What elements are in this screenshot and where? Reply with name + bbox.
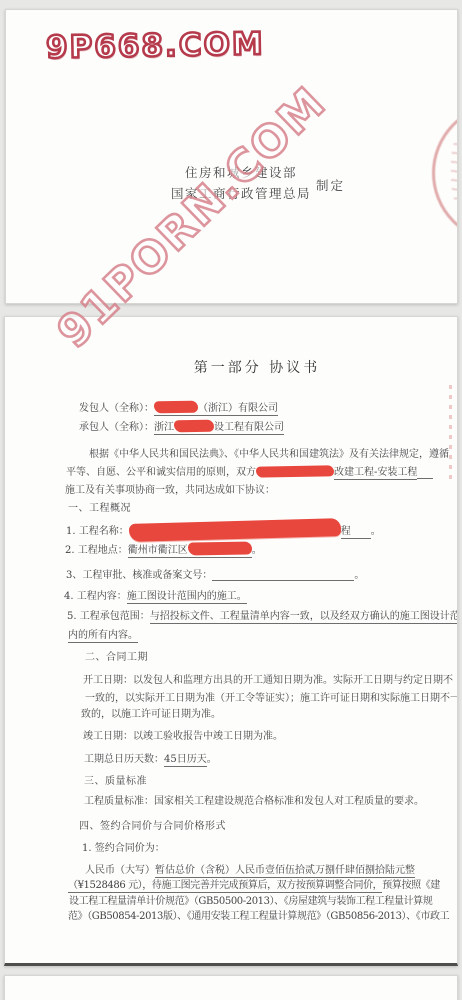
contractor-value-prefix: 浙江 <box>154 422 174 433</box>
issuer-block: 住房和城乡建设部 国家工商行政管理总局 <box>146 162 336 204</box>
page-1: 9P668.COM 住房和城乡建设部 国家工商行政管理总局 制定 <box>5 9 458 304</box>
contractor-line: 承包人（全称）：浙江设工程有限公司 <box>79 418 284 433</box>
period: 。 <box>252 545 262 556</box>
preamble-line-2-text: 平等、自愿、公平和诚实信用的原则，双方 <box>66 467 256 478</box>
section-2-heading: 二、合同工期 <box>85 648 148 663</box>
red-seal-icon <box>432 103 458 243</box>
project-name-tail: 程 <box>341 526 351 539</box>
page-3-edge <box>4 975 458 1000</box>
page-2: 第一部分 协议书 发包人（全称）：（浙江）有限公司 承包人（全称）：浙江设工程有… <box>4 316 458 966</box>
approval-number-label: 3、工程审批、核准或备案文号： <box>66 570 212 581</box>
contract-scope-line-2: 内的所有内容。 <box>68 626 138 641</box>
project-location-value: 衢州市衢江区 <box>128 545 188 556</box>
issuer-line-2: 国家工商行政管理总局 <box>146 183 336 204</box>
watermark-9p668: 9P668.COM <box>46 26 265 66</box>
approval-number-line: 3、工程审批、核准或备案文号：。 <box>66 566 364 581</box>
project-content-value: 施工图设计范围内的施工。 <box>127 591 247 604</box>
project-content-label: 4. 工程内容： <box>64 591 127 602</box>
preamble-line-1: 根据《中华人民共和国民法典》、《中华人民共和国建筑法》及有关法律规定，遵循 <box>89 445 449 460</box>
period: 。 <box>371 526 381 537</box>
start-date-line-1: 开工日期：以发包人和监理方出具的开工通知日期为准。实际开工日期与约定日期不 <box>83 671 453 686</box>
contract-scope-label: 5. 工程承包范围： <box>67 611 150 622</box>
contract-price-intro: 1. 签约合同价为： <box>82 839 165 854</box>
period: 。 <box>354 570 364 581</box>
redaction-mark <box>174 420 214 433</box>
contract-price-line-1: 人民币（大写）暂估总价（含税）人民币壹佰伍拾贰万捌仟肆佰捌拾陆元整 <box>85 861 415 876</box>
issuer-made-by: 制定 <box>316 176 345 194</box>
seal-character-marks <box>451 134 458 208</box>
price-note: 预算按照《建 <box>382 880 440 891</box>
project-location-line: 2. 工程地点：衢州市衢江区。 <box>65 541 262 556</box>
project-type-value: 改建工程-安装工程 <box>334 467 417 480</box>
price-prefix: 人民币（大写） <box>85 865 155 876</box>
issuer-line-1: 住房和城乡建设部 <box>146 162 336 183</box>
employer-label: 发包人（全称）： <box>79 403 154 414</box>
blank-underline <box>417 468 433 479</box>
contractor-value-suffix: 设工程有限公司 <box>214 422 284 433</box>
blank-underline <box>351 528 371 539</box>
quality-standard-line: 工程质量标准：国家相关工程建设规范合格标准和发包人对工程质量的要求。 <box>84 792 424 807</box>
section-1-heading: 一、工程概况 <box>68 499 131 514</box>
preamble-line-3: 施工及有关事项协商一致，共同达成如下协议： <box>65 481 275 496</box>
project-content-line: 4. 工程内容：施工图设计范围内的施工。 <box>64 587 247 602</box>
duration-line: 工期总日历天数：45日历天。 <box>84 750 217 765</box>
redaction-mark <box>188 541 252 555</box>
project-location-label: 2. 工程地点： <box>65 545 128 556</box>
contract-price-line-3: 设工程工程量清单计价规范》（GB50500-2013）、《房屋建筑与装饰工程工程… <box>69 892 432 907</box>
part-one-title: 第一部分 协议书 <box>31 357 458 377</box>
start-date-line-3: 致的，以施工许可证日期为准。 <box>81 705 221 720</box>
completion-date-line: 竣工日期：以竣工验收报告中竣工日期为准。 <box>83 727 283 742</box>
contract-scope-line-1: 5. 工程承包范围：与招投标文件、工程量清单内容一致，以及经双方确认的施工图设计… <box>67 607 458 622</box>
employer-line: 发包人（全称）：（浙江）有限公司 <box>79 399 278 414</box>
section-3-heading: 三、质量标准 <box>84 772 147 787</box>
contractor-label: 承包人（全称）： <box>79 422 154 433</box>
contract-scope-value-1: 与招投标文件、工程量清单内容一致，以及经双方确认的施工图设计范围 <box>150 611 458 624</box>
section-4-heading: 四、签约合同价与合同价格形式 <box>79 817 226 832</box>
contract-price-line-4: 范》（GB50854-2013版）、《通用安装工程工程量计算规范》（GB5085… <box>68 907 449 922</box>
scanned-document-background: 9P668.COM 住房和城乡建设部 国家工商行政管理总局 制定 第一部分 协议… <box>0 0 462 1000</box>
redaction-mark-large <box>129 518 341 542</box>
project-name-label: 1. 工程名称： <box>66 526 129 537</box>
contract-price-line-2: （¥1528486 元），待施工图完善并完成预算后，双方按预算调整合同价，预算按… <box>68 876 440 891</box>
employer-value: （浙江）有限公司 <box>198 403 278 414</box>
redaction-mark <box>256 465 334 477</box>
duration-value: 45日历天 <box>164 754 207 767</box>
project-name-line: 1. 工程名称：程。 <box>66 521 381 539</box>
period: 。 <box>207 754 217 765</box>
start-date-line-2: 一致的，以实际开工日期为准（开工令等证实）；施工许可证日期和实际施工日期不一 <box>85 689 458 704</box>
preamble-line-2: 平等、自愿、公平和诚实信用的原则，双方改建工程-安装工程 <box>66 463 433 479</box>
blank-underline <box>212 570 354 581</box>
edge-red-marks <box>449 385 452 481</box>
redaction-mark <box>154 401 198 414</box>
duration-label: 工期总日历天数： <box>84 754 164 765</box>
contract-scope-value-2: 内的所有内容。 <box>68 630 138 643</box>
